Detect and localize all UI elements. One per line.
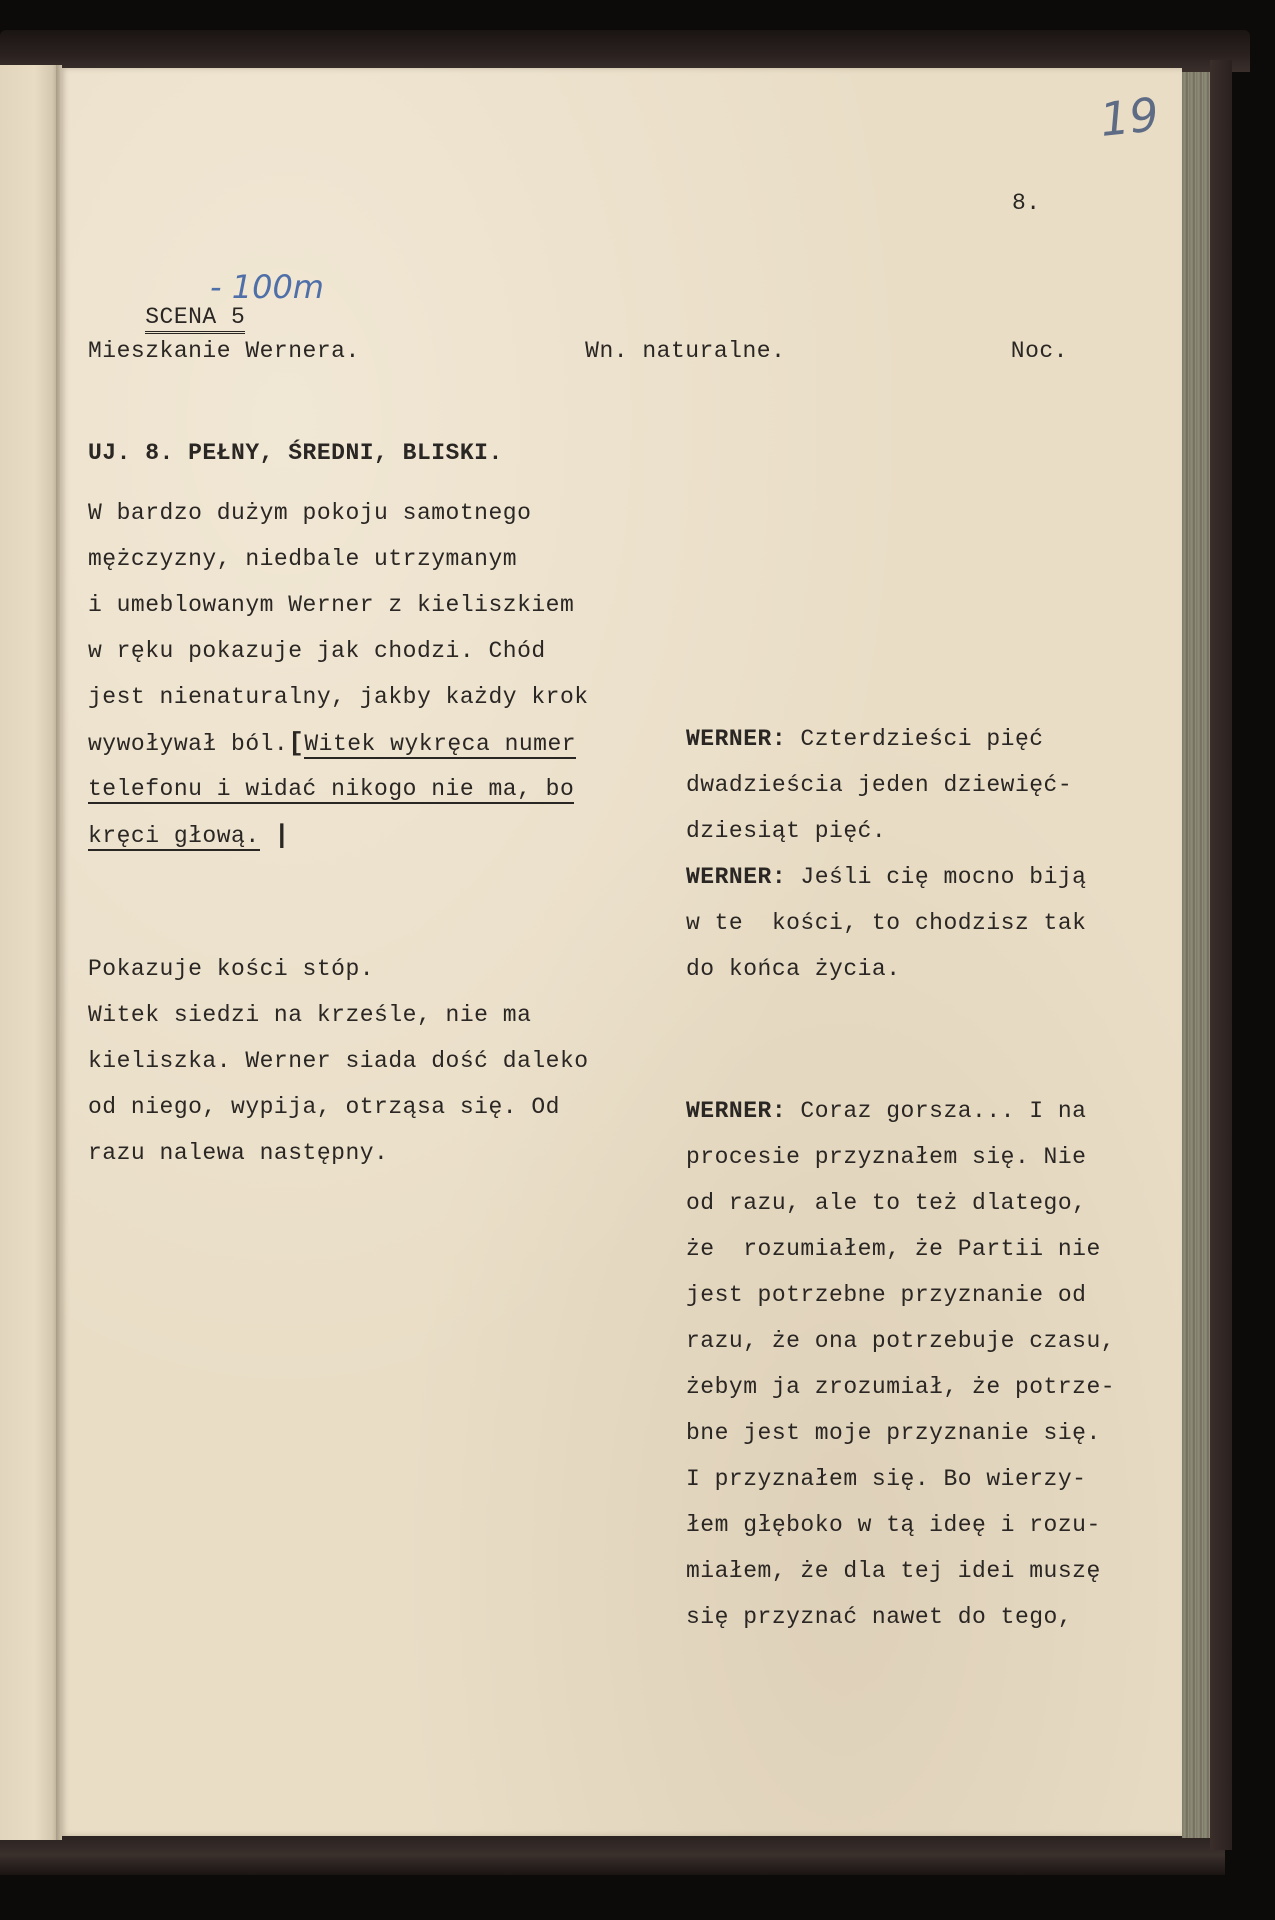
dialogue-line: dziesiąt pięć. [686, 808, 1166, 854]
dialogue-text: Coraz gorsza... I na [786, 1098, 1086, 1124]
dialogue-line: WERNER: Czterdzieści pięć [686, 716, 1166, 762]
scene-length-annotation: - 100m [210, 268, 324, 306]
stage-directions-column: W bardzo dużym pokoju samotnego mężczyzn… [88, 490, 648, 1176]
direction-line: telefonu i widać nikogo nie ma, bo [88, 766, 648, 812]
direction-line: Witek siedzi na krześle, nie ma [88, 992, 648, 1038]
direction-line: Pokazuje kości stóp. [88, 946, 648, 992]
dialogue-text: Czterdzieści pięć [786, 726, 1043, 752]
scene-setting: Wn. naturalne. [585, 338, 785, 364]
dialogue-line: razu, że ona potrzebuje czasu, [686, 1318, 1166, 1364]
speaker-name: WERNER: [686, 864, 786, 890]
marked-direction-text: kręci głową. [88, 823, 260, 851]
direction-line: w ręku pokazuje jak chodzi. Chód [88, 628, 648, 674]
edit-bracket-close: | [274, 812, 290, 858]
spacer [686, 992, 1166, 1088]
dialogue-line: WERNER: Jeśli cię mocno biją [686, 854, 1166, 900]
dialogue-line: jest potrzebne przyznanie od [686, 1272, 1166, 1318]
direction-line: razu nalewa następny. [88, 1130, 648, 1176]
handwritten-folio-number: 19 [1097, 87, 1161, 147]
scene-time: Noc. [1011, 338, 1068, 364]
page-stack-edges [1182, 72, 1210, 1838]
marked-direction-text: telefonu i widać nikogo nie ma, bo [88, 776, 574, 804]
dialogue-column: WERNER: Czterdzieści pięć dwadzieścia je… [686, 716, 1166, 1640]
marked-direction-text: Witek wykręca numer [304, 731, 576, 759]
dialogue-line: I przyznałem się. Bo wierzy- [686, 1456, 1166, 1502]
direction-line: od niego, wypija, otrząsa się. Od [88, 1084, 648, 1130]
speaker-name: WERNER: [686, 1098, 786, 1124]
direction-line: kieliszka. Werner siada dość daleko [88, 1038, 648, 1084]
scene-label: SCENA 5 [145, 304, 245, 334]
direction-line: kręci głową. | [88, 812, 648, 858]
dialogue-line: WERNER: Coraz gorsza... I na [686, 1088, 1166, 1134]
book-cover-edge [1210, 60, 1232, 1850]
direction-text: wywoływał ból. [88, 731, 288, 757]
dialogue-line: miałem, że dla tej idei muszę [686, 1548, 1166, 1594]
dialogue-line: bne jest moje przyznanie się. [686, 1410, 1166, 1456]
dialogue-line: w te kości, to chodzisz tak [686, 900, 1166, 946]
spacer [88, 858, 648, 946]
dialogue-line: dwadzieścia jeden dziewięć- [686, 762, 1166, 808]
direction-line: jest nienaturalny, jakby każdy krok [88, 674, 648, 720]
dialogue-line: łem głęboko w tą ideę i rozu- [686, 1502, 1166, 1548]
direction-line: wywoływał ból.[Witek wykręca numer [88, 720, 648, 766]
dialogue-line: do końca życia. [686, 946, 1166, 992]
edit-bracket-open: [ [288, 720, 304, 766]
dialogue-line: że rozumiałem, że Partii nie [686, 1226, 1166, 1272]
speaker-name: WERNER: [686, 726, 786, 752]
dialogue-line: się przyznać nawet do tego, [686, 1594, 1166, 1640]
direction-line: mężczyzny, niedbale utrzymanym [88, 536, 648, 582]
dialogue-line: od razu, ale to też dlatego, [686, 1180, 1166, 1226]
direction-line: W bardzo dużym pokoju samotnego [88, 490, 648, 536]
facing-page-edge [0, 65, 58, 1840]
book-binding-top [0, 30, 1250, 72]
direction-line: i umeblowanym Werner z kieliszkiem [88, 582, 648, 628]
shot-description: UJ. 8. PEŁNY, ŚREDNI, BLISKI. [88, 440, 503, 466]
dialogue-line: żebym ja zrozumiał, że potrze- [686, 1364, 1166, 1410]
scene-location-row: Mieszkanie Wernera. Wn. naturalne. Noc. [88, 338, 1068, 364]
dialogue-line: procesie przyznałem się. Nie [686, 1134, 1166, 1180]
page-number: 8. [1012, 190, 1041, 216]
scanned-book-page: 19 8. SCENA 5 - 100m Mieszkanie Wernera.… [0, 0, 1275, 1920]
book-binding-bottom [0, 1835, 1225, 1875]
dialogue-text: Jeśli cię mocno biją [786, 864, 1086, 890]
scene-place: Mieszkanie Wernera. [88, 338, 360, 364]
